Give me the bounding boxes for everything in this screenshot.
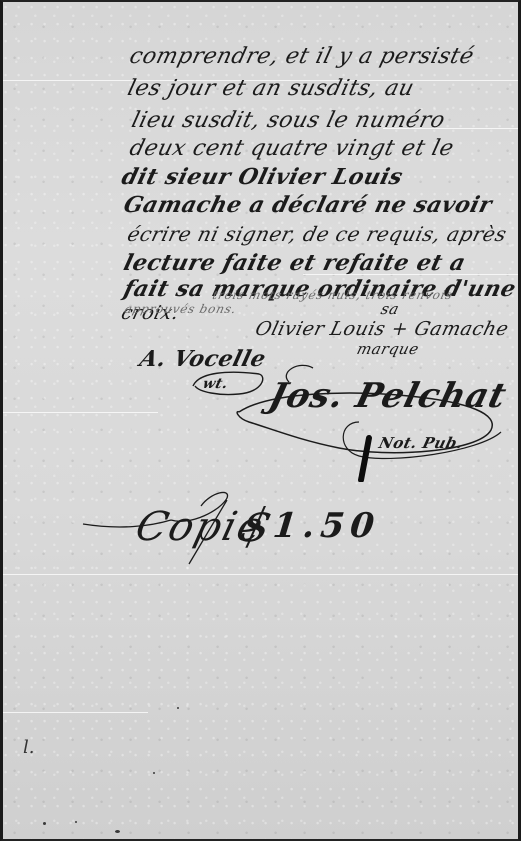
notary-paraphe (229, 352, 519, 482)
marginal-note-line-2: approuvés bons. (123, 302, 238, 316)
ruled-line (3, 574, 518, 575)
copy-fee-amount: 1.50 (271, 506, 382, 546)
margin-mark: l. (23, 737, 34, 758)
body-line-5: dit sieur Olivier Louis (119, 164, 406, 190)
body-line-4: deux cent quatre vingt et le (127, 136, 456, 161)
notary-signature-title: Not. Pub. (377, 434, 465, 452)
marginal-note-line-1: trois mots rayés nuls, trois renvois (211, 288, 454, 302)
body-line-2: les jour et an susdits, au (125, 76, 417, 101)
witness-signature-name: A. Vocelle (137, 346, 269, 372)
ruled-line (3, 712, 148, 713)
document-page: comprendre, et il y a persisté les jour … (0, 0, 521, 841)
body-line-1: comprendre, et il y a persisté (127, 44, 477, 69)
party-signature-name: Olivier Louis + Gamache (253, 318, 511, 340)
body-line-3: lieu susdit, sous le numéro (129, 108, 448, 133)
body-line-6: Gamache a déclaré ne savoir (121, 192, 495, 218)
party-signature-marque: marque (355, 340, 421, 358)
body-line-8: lecture faite et refaite et a (121, 250, 468, 276)
body-line-7: écrire ni signer, de ce requis, après (125, 222, 509, 246)
witness-signature-title: wt. (201, 376, 230, 392)
notary-signature-name: Jos. Pelchat (265, 376, 511, 416)
ruled-line (3, 412, 158, 413)
party-signature-above: sa (379, 300, 401, 318)
